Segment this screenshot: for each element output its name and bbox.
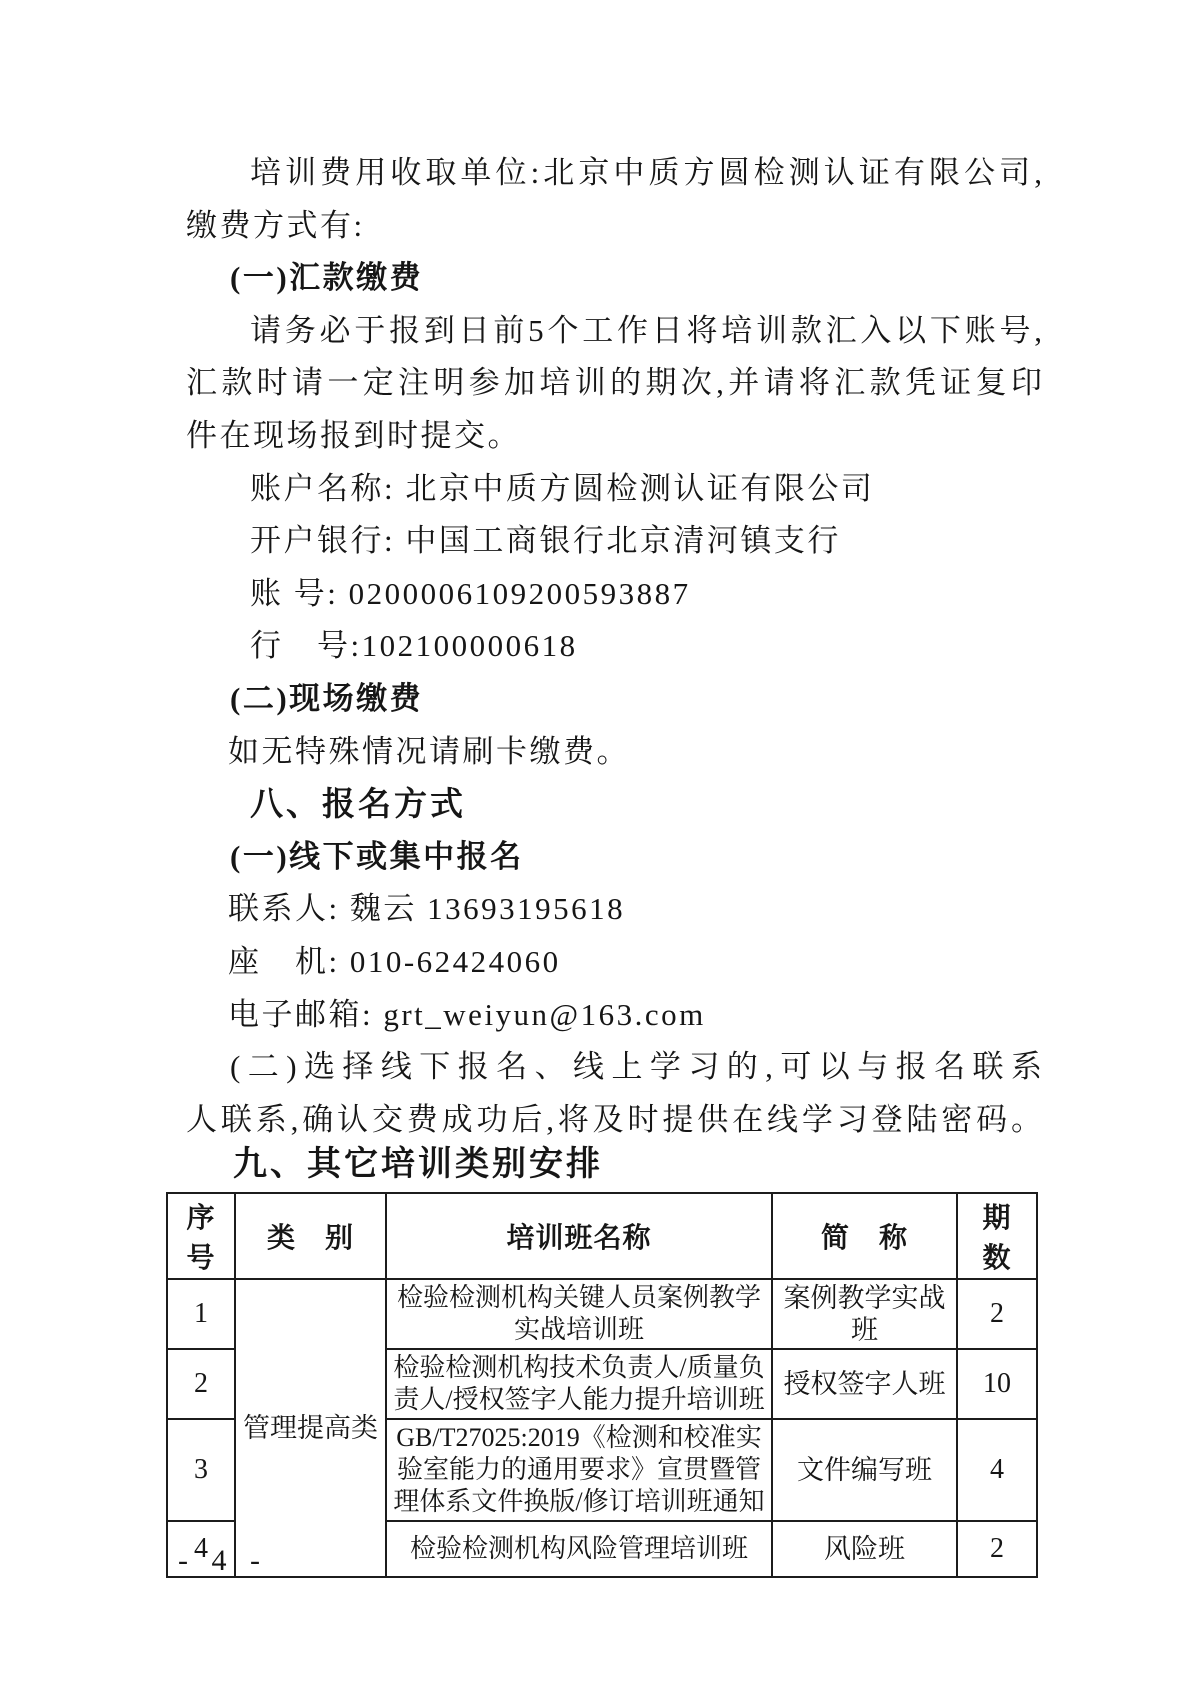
email-line: 电子邮箱: grt_weiyun@163.com	[186, 989, 1042, 1042]
paragraph-line: 件在现场报到时提交。	[186, 410, 1042, 463]
cell-no: 3	[167, 1419, 235, 1521]
contact-person-line: 联系人: 魏云 13693195618	[186, 883, 1042, 936]
cell-short-name: 授权签字人班	[772, 1349, 957, 1419]
section9-heading: 九、其它培训类别安排	[233, 1136, 603, 1185]
bank-name-line: 开户银行: 中国工商银行北京清河镇支行	[186, 515, 1042, 568]
cell-course-name: 检验检测机构风险管理培训班	[386, 1521, 772, 1577]
subheading-onsite-payment: (二)现场缴费	[186, 673, 1042, 726]
cell-no: 2	[167, 1349, 235, 1419]
subheading-remittance: (一)汇款缴费	[186, 252, 1042, 305]
account-name-line: 账户名称: 北京中质方圆检测认证有限公司	[186, 463, 1042, 516]
col-header-category: 类 别	[235, 1193, 386, 1279]
training-schedule-table: 序号 类 别 培训班名称 简 称 期 数 1 管理提高类 检验检测机构关键人员案…	[166, 1192, 1038, 1578]
page-number: - 4 -	[178, 1544, 268, 1578]
landline-line: 座 机: 010-62424060	[186, 936, 1042, 989]
cell-sessions: 10	[957, 1349, 1037, 1419]
col-header-sessions: 期 数	[957, 1193, 1037, 1279]
cell-no: 1	[167, 1279, 235, 1349]
subheading-offline-registration: (一)线下或集中报名	[186, 831, 1042, 884]
col-header-no: 序号	[167, 1193, 235, 1279]
paragraph-line: 汇款时请一定注明参加培训的期次,并请将汇款凭证复印	[186, 357, 1042, 410]
col-header-short: 简 称	[772, 1193, 957, 1279]
cell-category: 管理提高类	[235, 1279, 386, 1577]
col-header-name: 培训班名称	[386, 1193, 772, 1279]
paragraph-line: (二)选择线下报名、线上学习的,可以与报名联系	[186, 1041, 1042, 1094]
body-text: 培训费用收取单位:北京中质方圆检测认证有限公司, 缴费方式有: (一)汇款缴费 …	[186, 147, 1042, 1146]
document-page: 培训费用收取单位:北京中质方圆检测认证有限公司, 缴费方式有: (一)汇款缴费 …	[0, 0, 1190, 1683]
cell-short-name: 文件编写班	[772, 1419, 957, 1521]
bank-code-line: 行 号:102100000618	[186, 620, 1042, 673]
table-row: 1 管理提高类 检验检测机构关键人员案例教学实战培训班 案例教学实战班 2	[167, 1279, 1037, 1349]
cell-sessions: 4	[957, 1419, 1037, 1521]
cell-sessions: 2	[957, 1279, 1037, 1349]
section8-heading: 八、报名方式	[186, 778, 1042, 831]
cell-short-name: 风险班	[772, 1521, 957, 1577]
table-header-row: 序号 类 别 培训班名称 简 称 期 数	[167, 1193, 1037, 1279]
cell-course-name: GB/T27025:2019《检测和校准实验室能力的通用要求》宣贯暨管理体系文件…	[386, 1419, 772, 1521]
cell-sessions: 2	[957, 1521, 1037, 1577]
account-number-line: 账 号: 0200006109200593887	[186, 568, 1042, 621]
paragraph-line: 请务必于报到日前5个工作日将培训款汇入以下账号,	[186, 305, 1042, 358]
paragraph-line: 缴费方式有:	[186, 200, 1042, 253]
paragraph-line: 培训费用收取单位:北京中质方圆检测认证有限公司,	[186, 147, 1042, 200]
cell-course-name: 检验检测机构关键人员案例教学实战培训班	[386, 1279, 772, 1349]
cell-short-name: 案例教学实战班	[772, 1279, 957, 1349]
paragraph-line: 如无特殊情况请刷卡缴费。	[186, 726, 1042, 779]
cell-course-name: 检验检测机构技术负责人/质量负责人/授权签字人能力提升培训班	[386, 1349, 772, 1419]
